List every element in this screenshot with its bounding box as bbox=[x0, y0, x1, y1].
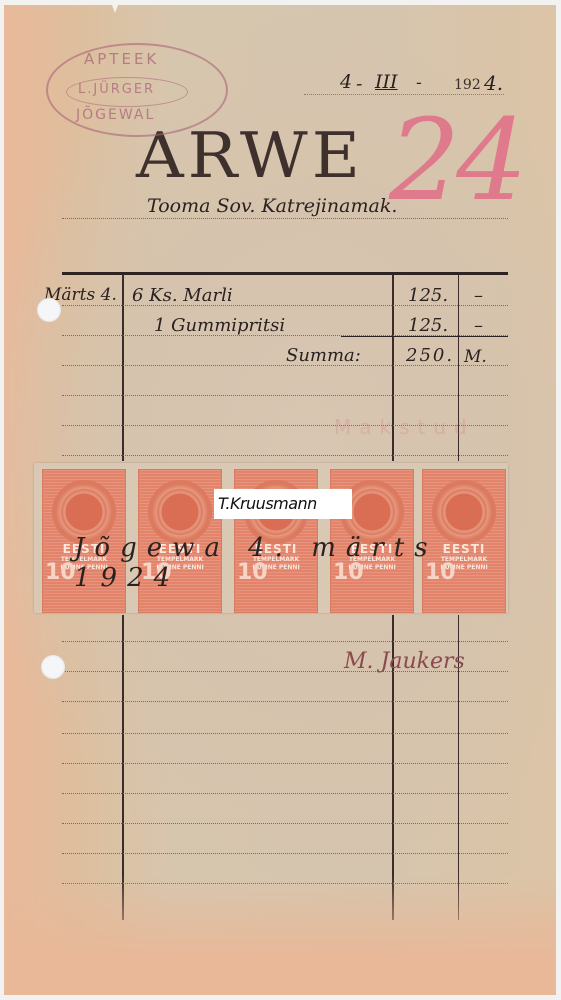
item-description: 6 Ks. Marli bbox=[132, 285, 233, 306]
row-line bbox=[62, 763, 508, 764]
date-line bbox=[304, 94, 504, 95]
paper-notch bbox=[112, 5, 118, 13]
row-line bbox=[62, 641, 508, 642]
date-day: 4 bbox=[340, 71, 352, 93]
invoice-number: 24 bbox=[389, 105, 524, 217]
date-sep-1: - bbox=[356, 73, 362, 95]
signature: M. Jaukers bbox=[344, 649, 465, 674]
column-divider-date bbox=[122, 275, 124, 461]
stamp-value: 10 bbox=[45, 560, 76, 585]
date-year-suffix: 4. bbox=[484, 71, 503, 95]
item-amount: 125. bbox=[408, 285, 448, 306]
row-line bbox=[62, 395, 508, 396]
row-line bbox=[62, 455, 508, 456]
row-line bbox=[62, 853, 508, 854]
date-month: III bbox=[375, 71, 398, 93]
row-line bbox=[62, 733, 508, 734]
table-top-rule bbox=[62, 272, 508, 275]
total-unit: M. bbox=[464, 347, 487, 367]
column-divider-date-lower bbox=[122, 615, 124, 920]
stamp-cancellation: Jõgewa 4. märts 1924 bbox=[74, 533, 556, 593]
collector-label: T.Kruusmann bbox=[214, 489, 352, 519]
invoice-paper: APTEEK L.JÜRGER JÕGEWAL 4 - III - 192 4.… bbox=[4, 5, 556, 995]
item-cents: – bbox=[474, 315, 483, 336]
faint-paid-stamp: Makstud bbox=[334, 415, 475, 439]
row-line bbox=[62, 883, 508, 884]
row-line bbox=[62, 823, 508, 824]
punch-hole-bottom bbox=[41, 655, 65, 679]
row-line bbox=[62, 701, 508, 702]
total-label: Summa: bbox=[286, 345, 361, 366]
total-amount: 250. bbox=[406, 345, 454, 366]
recipient-name: Tooma Sov. Katrejinamak. bbox=[147, 195, 397, 217]
document-title: ARWE bbox=[136, 125, 364, 188]
date-year-prefix: 192 bbox=[454, 77, 481, 93]
recipient-line bbox=[62, 218, 508, 219]
item-description: 1 Gummipritsi bbox=[154, 315, 285, 336]
sum-underline bbox=[341, 336, 508, 337]
punch-hole-top bbox=[37, 298, 61, 322]
date-sep-2: - bbox=[416, 73, 422, 93]
pharmacy-stamp bbox=[46, 43, 228, 137]
row-line bbox=[62, 793, 508, 794]
item-cents: – bbox=[474, 285, 483, 306]
item-amount: 125. bbox=[408, 315, 448, 336]
